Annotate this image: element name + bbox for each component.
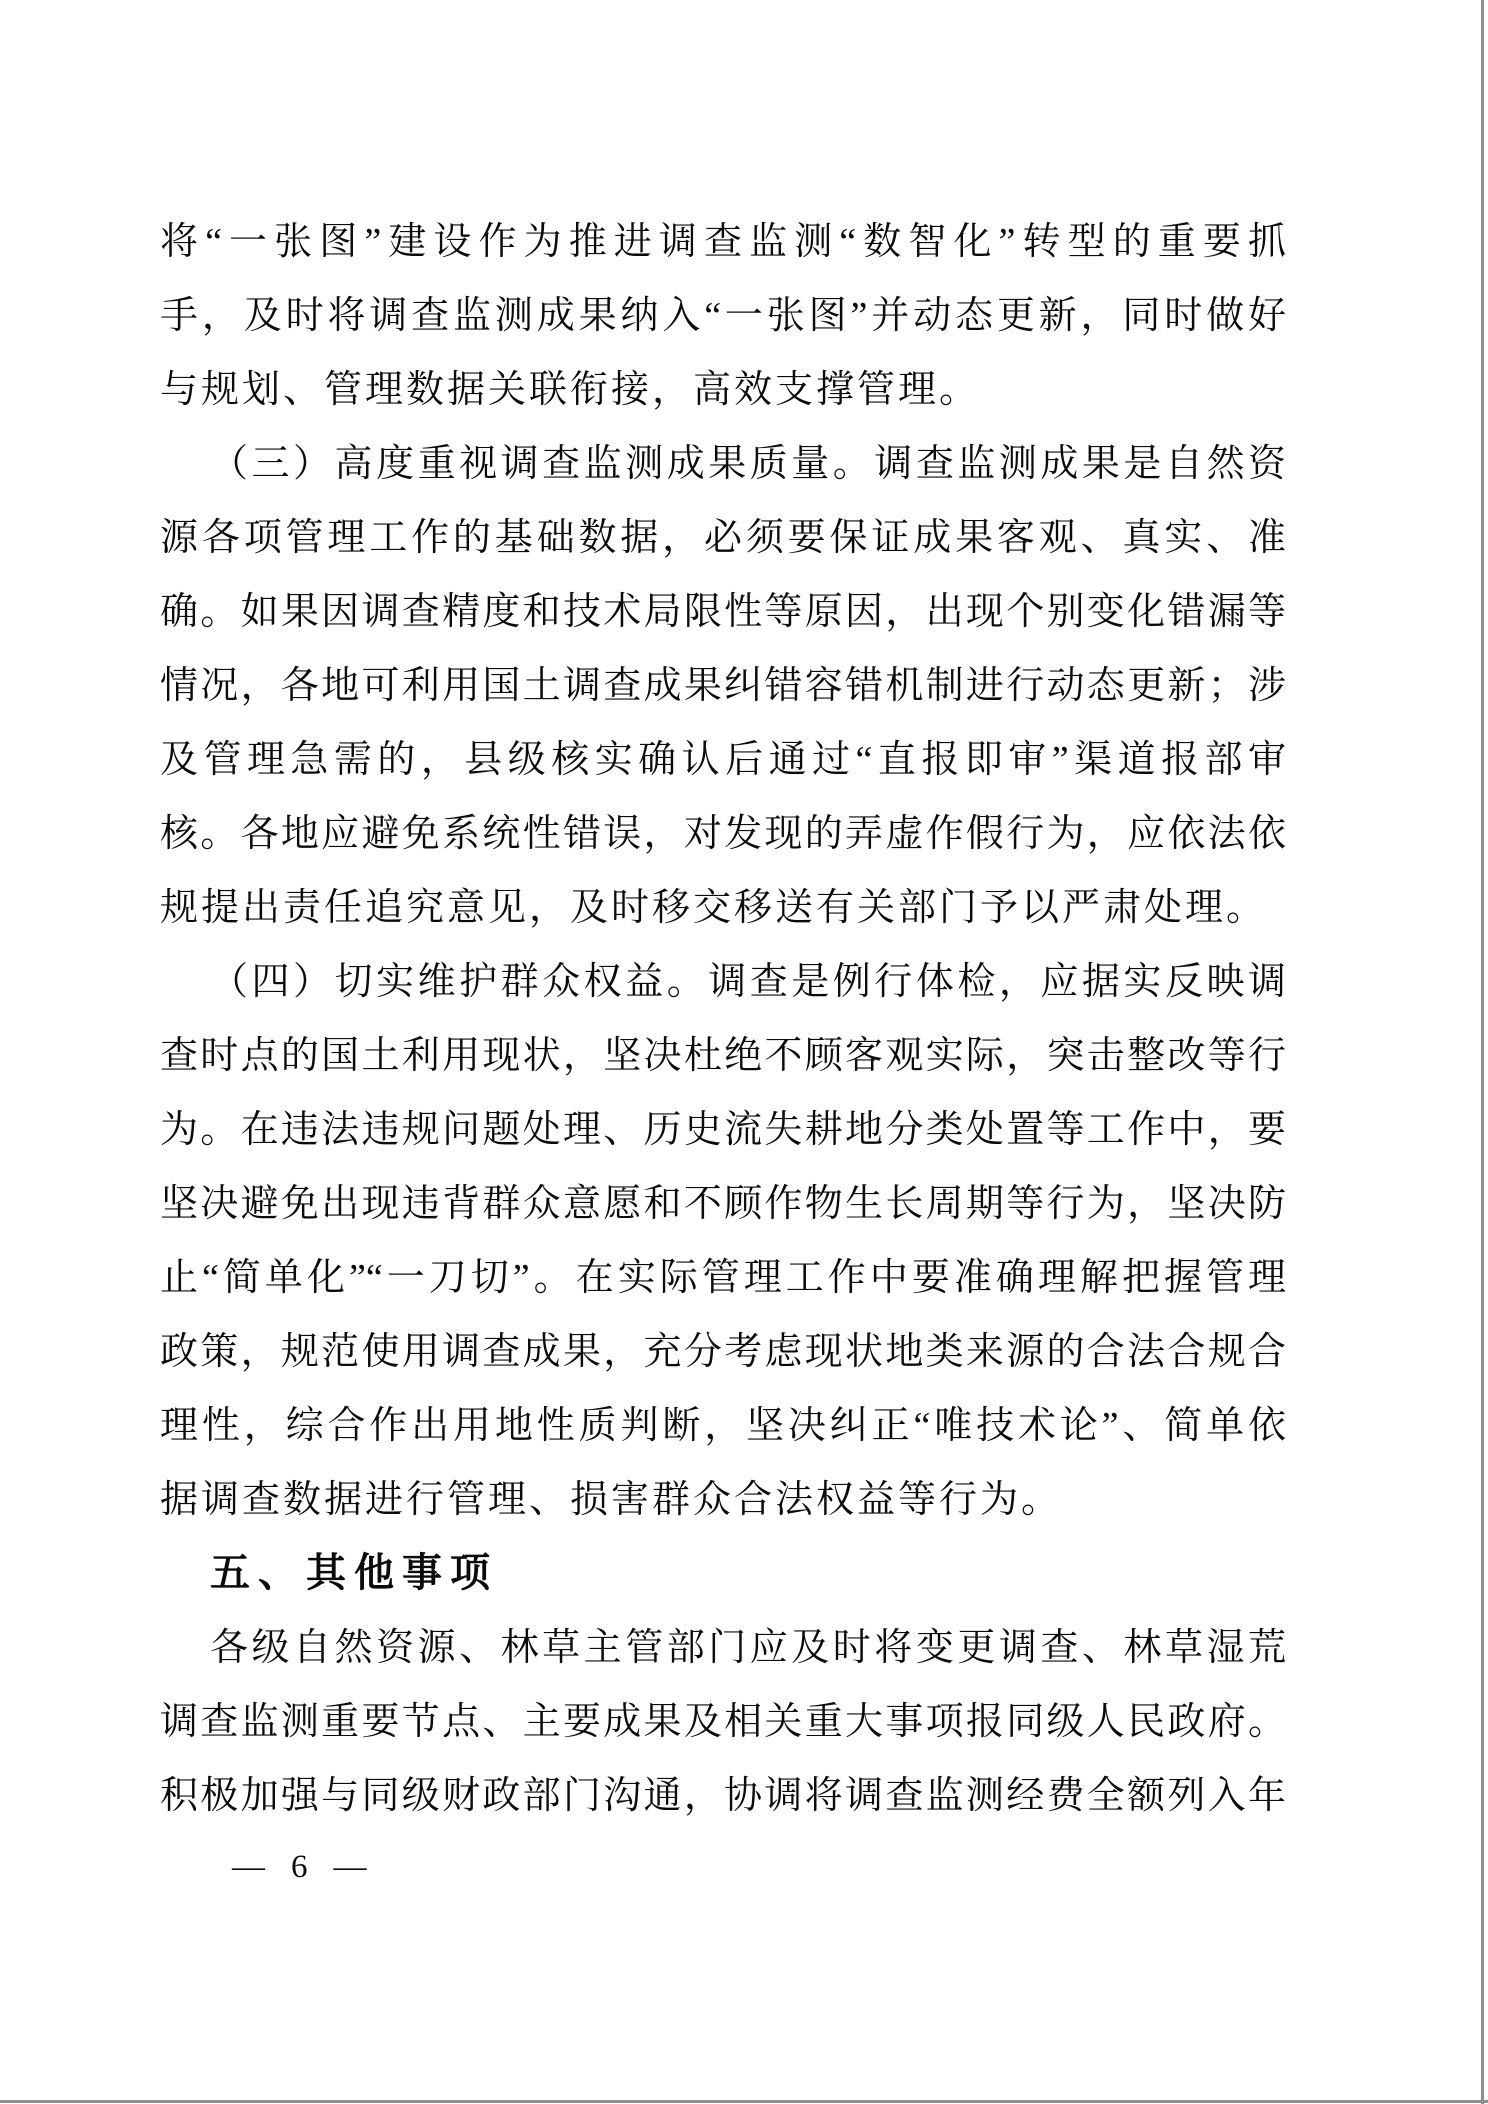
scan-border-right	[1481, 0, 1484, 2104]
footer-dash-right: —	[334, 1849, 367, 1886]
body-text-line: 核。各地应避免系统性错误，对发现的弄虚作假行为，应依法依	[160, 810, 1286, 862]
body-text-line: 各级自然资源、林草主管部门应及时将变更调查、林草湿荒	[160, 1624, 1286, 1676]
section-heading: 五、其他事项	[160, 1550, 1286, 1602]
body-text-line: 积极加强与同级财政部门沟通，协调将调查监测经费全额列入年	[160, 1772, 1286, 1824]
body-text-line: 坚决避免出现违背群众意愿和不顾作物生长周期等行为，坚决防	[160, 1180, 1286, 1232]
body-text-line: 及管理急需的，县级核实确认后通过“直报即审”渠道报部审	[160, 736, 1286, 788]
body-text-line: 查时点的国土利用现状，坚决杜绝不顾客观实际，突击整改等行	[160, 1032, 1286, 1084]
body-text-line: 规提出责任追究意见，及时移交移送有关部门予以严肃处理。	[160, 884, 1286, 936]
body-text-line: 将“一张图”建设作为推进调查监测“数智化”转型的重要抓	[160, 218, 1286, 270]
body-text-line: 调查监测重要节点、主要成果及相关重大事项报同级人民政府。	[160, 1698, 1286, 1750]
document-page: 将“一张图”建设作为推进调查监测“数智化”转型的重要抓手，及时将调查监测成果纳入…	[0, 0, 1488, 2104]
body-text-line: 止“简单化”“一刀切”。在实际管理工作中要准确理解把握管理	[160, 1254, 1286, 1306]
page-number: 6	[291, 1849, 308, 1886]
body-text-line: 为。在违法违规问题处理、历史流失耕地分类处置等工作中，要	[160, 1106, 1286, 1158]
body-text-line: （四）切实维护群众权益。调查是例行体检，应据实反映调	[160, 958, 1286, 1010]
body-text-line: 确。如果因调查精度和技术局限性等原因，出现个别变化错漏等	[160, 588, 1286, 640]
body-text-line: 手，及时将调查监测成果纳入“一张图”并动态更新，同时做好	[160, 292, 1286, 344]
body-text-line: 源各项管理工作的基础数据，必须要保证成果客观、真实、准	[160, 514, 1286, 566]
body-text-line: 情况，各地可利用国土调查成果纠错容错机制进行动态更新；涉	[160, 662, 1286, 714]
page-footer: — 6 —	[232, 1849, 367, 1886]
body-text-line: （三）高度重视调查监测成果质量。调查监测成果是自然资	[160, 440, 1286, 492]
footer-dash-left: —	[232, 1849, 265, 1886]
body-text-line: 理性，综合作出用地性质判断，坚决纠正“唯技术论”、简单依	[160, 1402, 1286, 1454]
body-text-line: 据调查数据进行管理、损害群众合法权益等行为。	[160, 1476, 1286, 1528]
body-text-line: 与规划、管理数据关联衔接，高效支撑管理。	[160, 366, 1286, 418]
scan-border-bottom	[0, 2100, 1488, 2103]
body-text-line: 政策，规范使用调查成果，充分考虑现状地类来源的合法合规合	[160, 1328, 1286, 1380]
